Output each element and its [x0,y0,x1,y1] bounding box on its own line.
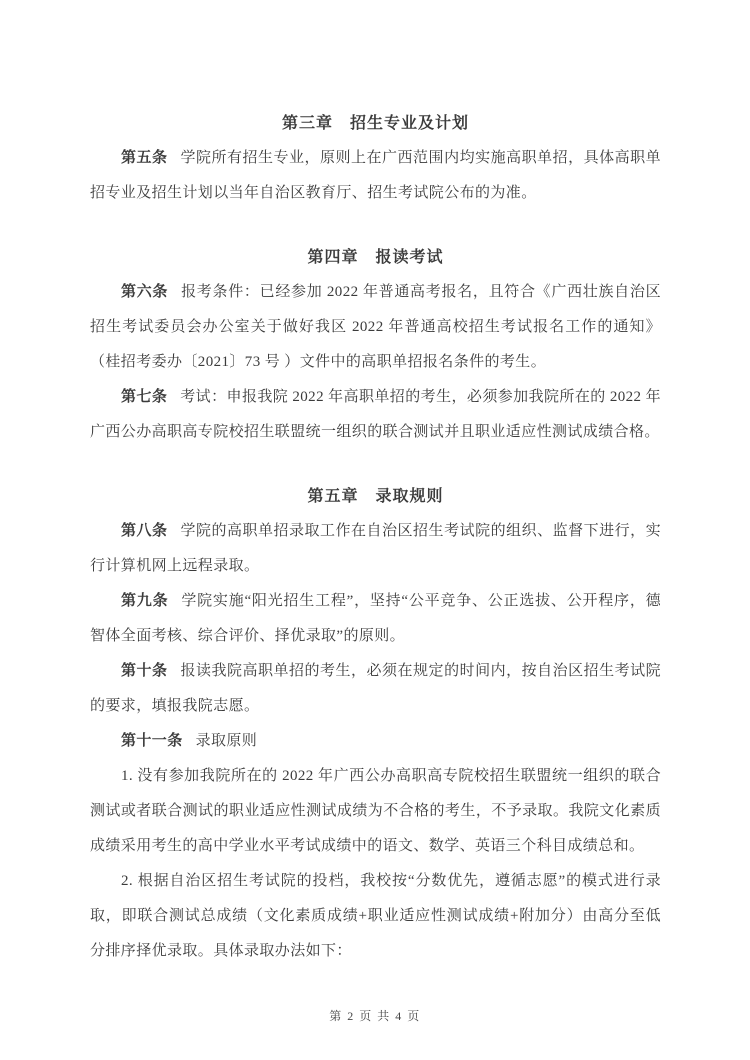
article-11-paragraph: 第十一条录取原则 [90,724,661,759]
chapter-4-heading: 第四章 报读考试 [90,240,661,275]
chapter-3-heading: 第三章 招生专业及计划 [90,106,661,141]
article-10-text: 报读我院高职单招的考生，必须在规定的时间内，按自治区招生考试院的要求，填报我院志… [90,663,661,714]
rule-item-1: 1. 没有参加我院所在的 2022 年广西公办高职高专院校招生联盟统一组织的联合… [90,759,661,864]
article-11-label: 第十一条 [121,733,183,749]
rule-item-2: 2. 根据自治区招生考试院的投档，我校按“分数优先，遵循志愿”的模式进行录取，即… [90,864,661,969]
article-11-text: 录取原则 [196,733,258,749]
article-6-label: 第六条 [121,284,168,300]
document-page: 第三章 招生专业及计划 第五条学院所有招生专业，原则上在广西范围内均实施高职单招… [0,0,750,1060]
article-7-text: 考试：申报我院 2022 年高职单招的考生，必须参加我院所在的 2022 年广西… [90,389,661,440]
article-7-label: 第七条 [121,389,167,405]
article-7-paragraph: 第七条考试：申报我院 2022 年高职单招的考生，必须参加我院所在的 2022 … [90,380,661,450]
article-5-paragraph: 第五条学院所有招生专业，原则上在广西范围内均实施高职单招，具体高职单招专业及招生… [90,141,661,211]
article-6-text: 报考条件：已经参加 2022 年普通高考报名，且符合《广西壮族自治区招生考试委员… [90,284,661,370]
article-8-text: 学院的高职单招录取工作在自治区招生考试院的组织、监督下进行，实行计算机网上远程录… [90,523,661,574]
article-8-paragraph: 第八条学院的高职单招录取工作在自治区招生考试院的组织、监督下进行，实行计算机网上… [90,514,661,584]
article-10-label: 第十条 [121,663,168,679]
article-10-paragraph: 第十条报读我院高职单招的考生，必须在规定的时间内，按自治区招生考试院的要求，填报… [90,654,661,724]
article-6-paragraph: 第六条报考条件：已经参加 2022 年普通高考报名，且符合《广西壮族自治区招生考… [90,275,661,380]
article-5-text: 学院所有招生专业，原则上在广西范围内均实施高职单招，具体高职单招专业及招生计划以… [90,150,661,201]
rule-item-2-text: 2. 根据自治区招生考试院的投档，我校按“分数优先，遵循志愿”的模式进行录取，即… [90,873,661,959]
article-9-paragraph: 第九条学院实施“阳光招生工程”，坚持“公平竞争、公正选拔、公开程序，德智体全面考… [90,584,661,654]
chapter-5-heading: 第五章 录取规则 [90,479,661,514]
article-9-text: 学院实施“阳光招生工程”，坚持“公平竞争、公正选拔、公开程序，德智体全面考核、综… [90,593,661,644]
article-5-label: 第五条 [121,150,168,166]
rule-item-1-text: 1. 没有参加我院所在的 2022 年广西公办高职高专院校招生联盟统一组织的联合… [90,768,661,854]
article-9-label: 第九条 [121,593,168,609]
document-body: 第三章 招生专业及计划 第五条学院所有招生专业，原则上在广西范围内均实施高职单招… [90,106,661,969]
article-8-label: 第八条 [121,523,168,539]
page-number: 第 2 页 共 4 页 [0,1007,750,1024]
